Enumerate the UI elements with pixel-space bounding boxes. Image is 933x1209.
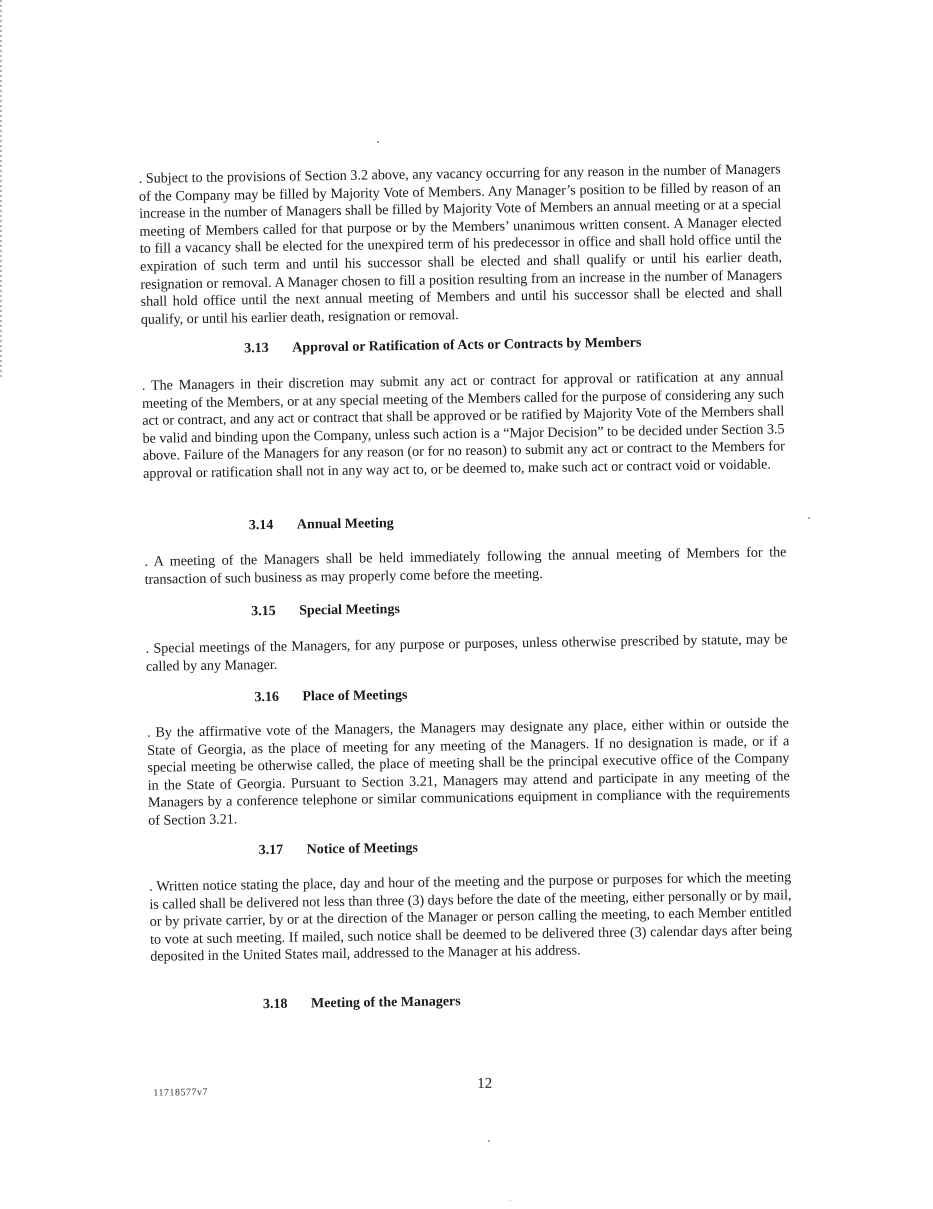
document-id: 11718577v7: [153, 1087, 208, 1099]
section-heading-3-16: 3.16Place of Meetings: [254, 688, 407, 706]
section-number: 3.14: [249, 518, 297, 535]
section-body-3-13: . The Managers in their discretion may s…: [142, 368, 785, 483]
scan-speck: [808, 517, 810, 519]
section-heading-3-17: 3.17Notice of Meetings: [259, 841, 418, 859]
section-body-3-16: . By the affirmative vote of the Manager…: [147, 715, 790, 830]
section-heading-3-18: 3.18Meeting of the Managers: [263, 994, 461, 1013]
page-number: 12: [477, 1076, 492, 1093]
section-body-3-17: . Written notice stating the place, day …: [149, 869, 792, 966]
scan-speck: [377, 141, 379, 143]
section-title: Annual Meeting: [297, 516, 394, 532]
section-number: 3.13: [244, 341, 292, 358]
section-number: 3.16: [254, 689, 302, 706]
section-number: 3.15: [251, 604, 299, 621]
section-body-3-15: . Special meetings of the Managers, for …: [146, 631, 788, 676]
document-page: . Subject to the provisions of Section 3…: [0, 0, 933, 1209]
section-title: Meeting of the Managers: [311, 994, 461, 1011]
section-heading-3-14: 3.14Annual Meeting: [249, 516, 394, 534]
section-heading-3-15: 3.15Special Meetings: [251, 602, 400, 620]
section-title: Approval or Ratification of Acts or Cont…: [292, 335, 641, 355]
section-title: Place of Meetings: [302, 688, 407, 705]
section-number: 3.18: [263, 996, 311, 1013]
intro-paragraph: . Subject to the provisions of Section 3…: [139, 161, 783, 329]
section-title: Special Meetings: [299, 602, 400, 618]
scan-speck: [510, 1200, 511, 1201]
section-heading-3-13: 3.13Approval or Ratification of Acts or …: [244, 335, 641, 357]
section-title: Notice of Meetings: [307, 841, 418, 858]
section-body-3-14: . A meeting of the Managers shall be hel…: [144, 544, 786, 589]
scan-speck: [488, 1140, 490, 1142]
section-number: 3.17: [259, 842, 307, 859]
